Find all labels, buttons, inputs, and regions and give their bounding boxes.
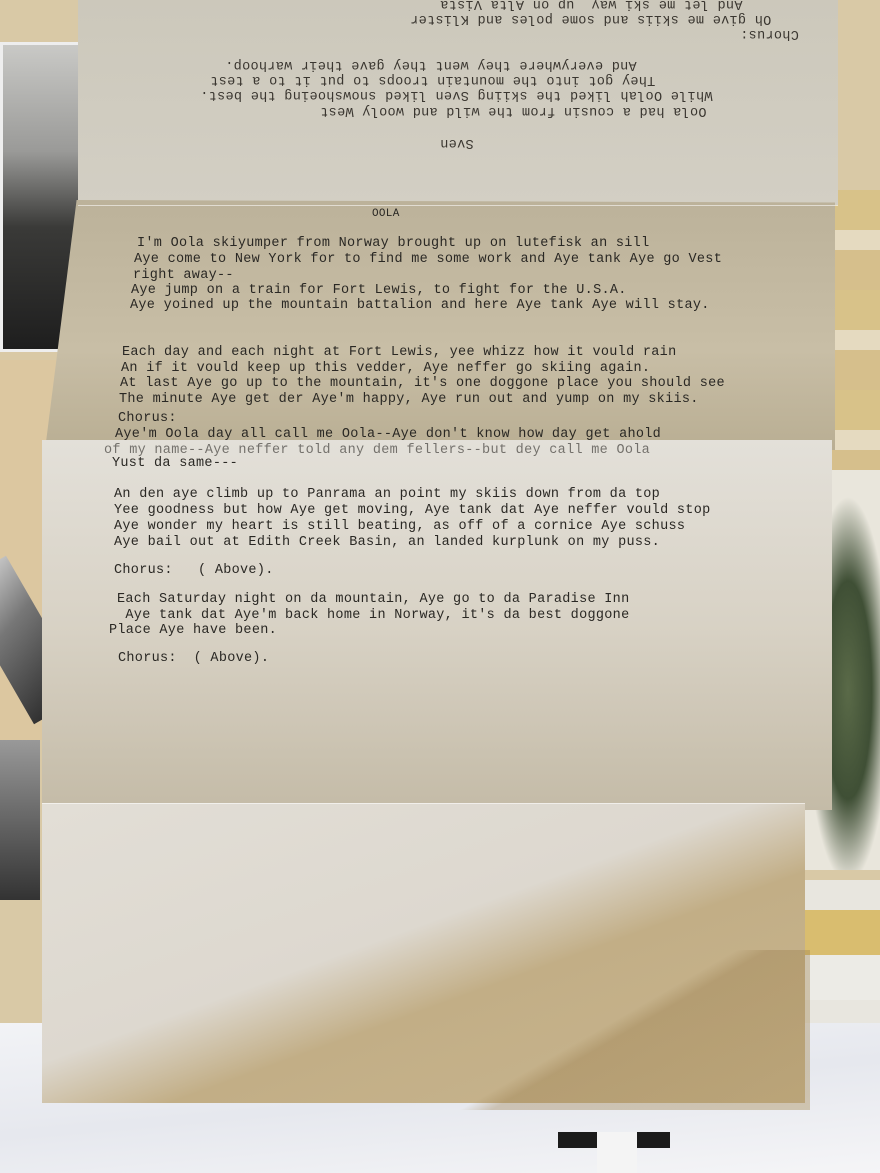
verse4-line: Place Aye have been. (109, 623, 277, 638)
upside-chorus-line: And let me ski way up on Alta Vista (440, 0, 742, 11)
verse1-line: Aye come to New York for to find me some… (134, 252, 722, 267)
verse2-line: The minute Aye get der Aye'm happy, Aye … (119, 392, 699, 407)
verse4-line: Aye tank dat Aye'm back home in Norway, … (117, 608, 629, 623)
fold-line (42, 803, 805, 804)
verse1-line: Aye jump on a train for Fort Lewis, to f… (131, 283, 627, 298)
verse1-line: I'm Oola skiyumper from Norway brought u… (137, 236, 649, 251)
binder-clip-tab (597, 1132, 637, 1173)
chorus-line: Yust da same--- (112, 456, 238, 471)
verse2-line: An if it vould keep up this vedder, Aye … (121, 361, 650, 376)
chorus-line: Aye'm Oola day all call me Oola--Aye don… (115, 427, 661, 442)
upside-chorus-label: Chorus: (740, 26, 799, 41)
upside-title: Sven (440, 135, 474, 150)
verse3-line: Aye bail out at Edith Creek Basin, an la… (114, 535, 660, 550)
upside-verse-line: And everywhere they went they gave their… (225, 57, 637, 72)
verse1-line: Aye yoined up the mountain battalion and… (130, 298, 710, 313)
background-photo-lower-left (0, 740, 40, 900)
verse2-line: At last Aye go up to the mountain, it's … (120, 376, 725, 391)
upside-verse-line: Oola had a cousin from the wild and wool… (320, 103, 706, 118)
verse3-line: Aye wonder my heart is still beating, as… (114, 519, 685, 534)
upside-chorus-line: Oh give me skiis and some poles and Klis… (410, 11, 771, 26)
chorus-reference: Chorus: ( Above). (114, 563, 274, 578)
upside-verse-line: While Oolah liked the skiing Sven liked … (200, 87, 712, 102)
verse4-line: Each Saturday night on da mountain, Aye … (117, 592, 629, 607)
paper-shadow (450, 950, 810, 1110)
fold-line (78, 205, 838, 206)
chorus-reference: Chorus: ( Above). (118, 651, 269, 666)
chorus-label: Chorus: (118, 411, 177, 426)
verse3-line: An den aye climb up to Panrama an point … (114, 487, 660, 502)
upside-verse-line: They got into the mountain troops to put… (210, 72, 655, 87)
verse3-line: Yee goodness but how Aye get moving, Aye… (114, 503, 711, 518)
verse1-line: right away-- (133, 268, 234, 283)
song-title: OOLA (372, 208, 400, 220)
verse2-line: Each day and each night at Fort Lewis, y… (122, 345, 677, 360)
